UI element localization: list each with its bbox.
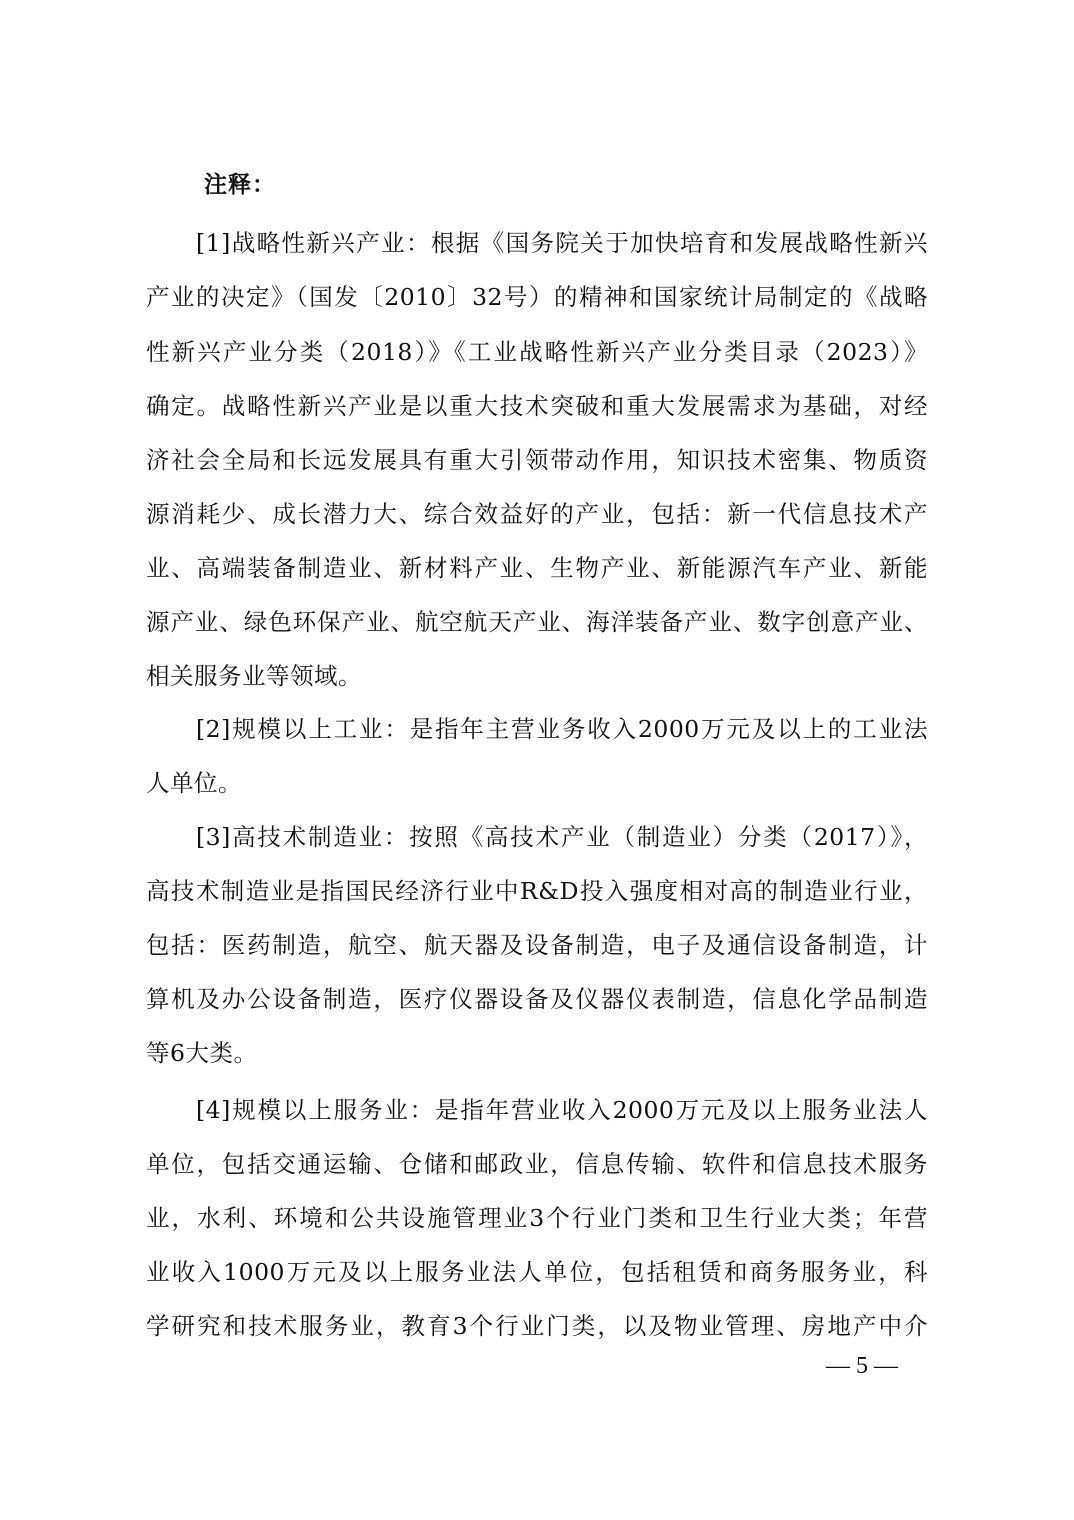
text-line: [1]战略性新兴产业：根据《国务院关于加快培育和发展战略性新兴 xyxy=(196,226,928,260)
text-line: 等6大类。 xyxy=(146,1036,928,1070)
text-line: 学研究和技术服务业，教育3个行业门类，以及物业管理、房地产中介 xyxy=(146,1309,928,1343)
text-line: 源产业、绿色环保产业、航空航天产业、海洋装备产业、数字创意产业、 xyxy=(146,605,928,639)
text-line: 业，水利、环境和公共设施管理业3个行业门类和卫生行业大类；年营 xyxy=(146,1201,928,1235)
text-line: 算机及办公设备制造，医疗仪器设备及仪器仪表制造，信息化学品制造 xyxy=(146,982,928,1016)
text-line: 业、高端装备制造业、新材料产业、生物产业、新能源汽车产业、新能 xyxy=(146,551,928,585)
text-line: [2]规模以上工业：是指年主营业务收入2000万元及以上的工业法 xyxy=(196,712,928,746)
text-line: 相关服务业等领域。 xyxy=(146,659,928,693)
text-line: [4]规模以上服务业：是指年营业收入2000万元及以上服务业法人 xyxy=(196,1093,928,1127)
text-line: 包括：医药制造，航空、航天器及设备制造，电子及通信设备制造，计 xyxy=(146,928,928,962)
text-line: 济社会全局和长远发展具有重大引领带动作用，知识技术密集、物质资 xyxy=(146,443,928,477)
document-page: 注释： [1]战略性新兴产业：根据《国务院关于加快培育和发展战略性新兴产业的决定… xyxy=(0,0,1074,1520)
text-line: 产业的决定》（国发〔2010〕32号）的精神和国家统计局制定的《战略 xyxy=(146,280,928,314)
text-line: 确定。战略性新兴产业是以重大技术突破和重大发展需求为基础，对经 xyxy=(146,389,928,423)
text-line: 性新兴产业分类（2018）》《工业战略性新兴产业分类目录（2023）》 xyxy=(146,335,928,369)
page-number: — 5 — xyxy=(826,1353,898,1380)
text-line: 源消耗少、成长潜力大、综合效益好的产业，包括：新一代信息技术产 xyxy=(146,497,928,531)
text-line: 高技术制造业是指国民经济行业中R&D投入强度相对高的制造业行业， xyxy=(146,874,928,908)
text-line: 人单位。 xyxy=(146,766,928,800)
text-line: 单位，包括交通运输、仓储和邮政业，信息传输、软件和信息技术服务 xyxy=(146,1147,928,1181)
text-line: [3]高技术制造业：按照《高技术产业（制造业）分类（2017）》， xyxy=(196,820,928,854)
text-line: 业收入1000万元及以上服务业法人单位，包括租赁和商务服务业，科 xyxy=(146,1255,928,1289)
notes-heading: 注释： xyxy=(204,166,276,199)
